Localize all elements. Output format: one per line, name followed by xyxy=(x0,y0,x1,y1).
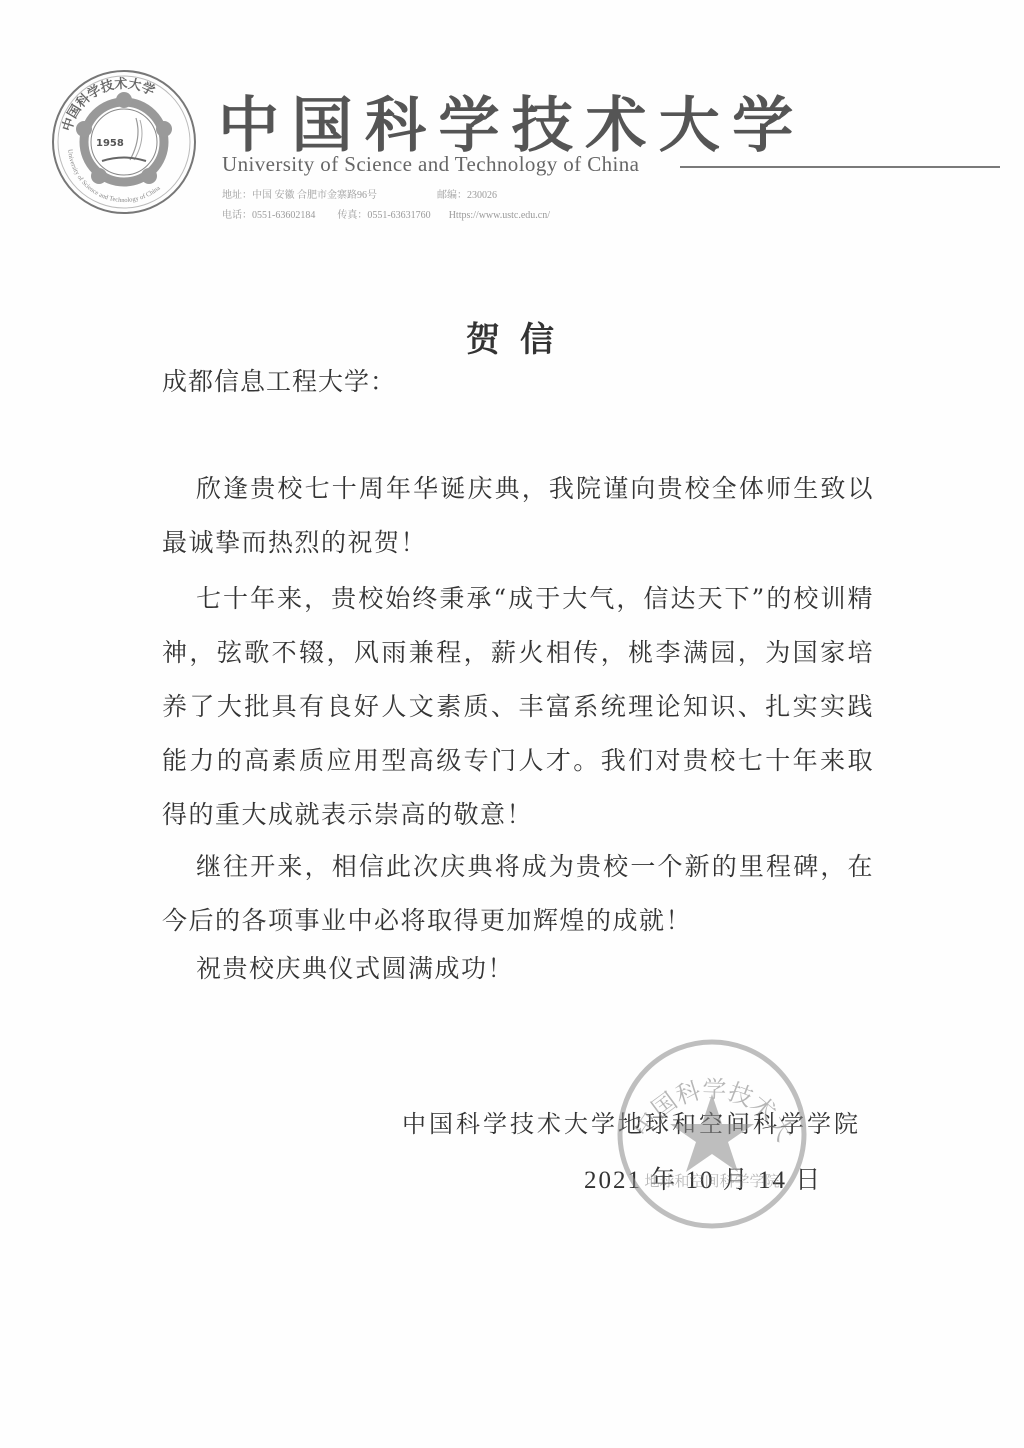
salutation: 成都信息工程大学： xyxy=(162,362,396,398)
postcode-value: 230026 xyxy=(467,190,497,201)
svg-text:地球和空间科学学院: 地球和空间科学学院 xyxy=(644,1172,779,1190)
official-seal-icon: 中国科学技术大学 地球和空间科学学院 xyxy=(614,1036,810,1232)
svg-text:1958: 1958 xyxy=(96,138,124,149)
paragraph-4: 祝贵校庆典仪式圆满成功！ xyxy=(162,942,874,996)
address-label: 地址： xyxy=(222,186,252,201)
phone-label: 电话： xyxy=(222,206,252,221)
letter-page: 1958 中国科学技术大学 University of Science and … xyxy=(0,0,1024,1448)
postcode-label: 邮编： xyxy=(437,186,467,201)
fax-label: 传真： xyxy=(337,206,367,221)
website-link: Https://www.ustc.edu.cn/ xyxy=(449,210,550,221)
fax-value: 0551-63631760 xyxy=(367,210,430,221)
paragraph-1: 欣逢贵校七十周年华诞庆典，我院谨向贵校全体师生致以最诚挚而热烈的祝贺！ xyxy=(162,462,874,570)
paragraph-2: 七十年来，贵校始终秉承“成于大气，信达天下”的校训精神，弦歌不辍，风雨兼程，薪火… xyxy=(162,572,874,842)
address-value: 中国 安徽 合肥市金寨路96号 xyxy=(252,186,377,201)
letterhead-divider xyxy=(680,166,1000,168)
letterhead-contact-row: 电话：0551-63602184传真：0551-63631760Https://… xyxy=(222,206,550,221)
letterhead-address-row: 地址：中国 安徽 合肥市金寨路96号邮编：230026 xyxy=(222,186,497,201)
university-seal-icon: 1958 中国科学技术大学 University of Science and … xyxy=(50,68,198,216)
paragraph-3: 继往开来，相信此次庆典将成为贵校一个新的里程碑，在今后的各项事业中必将取得更加辉… xyxy=(162,840,874,948)
letter-title: 贺信 xyxy=(0,312,1024,361)
phone-value: 0551-63602184 xyxy=(252,210,315,221)
university-name-en: University of Science and Technology of … xyxy=(222,152,639,177)
